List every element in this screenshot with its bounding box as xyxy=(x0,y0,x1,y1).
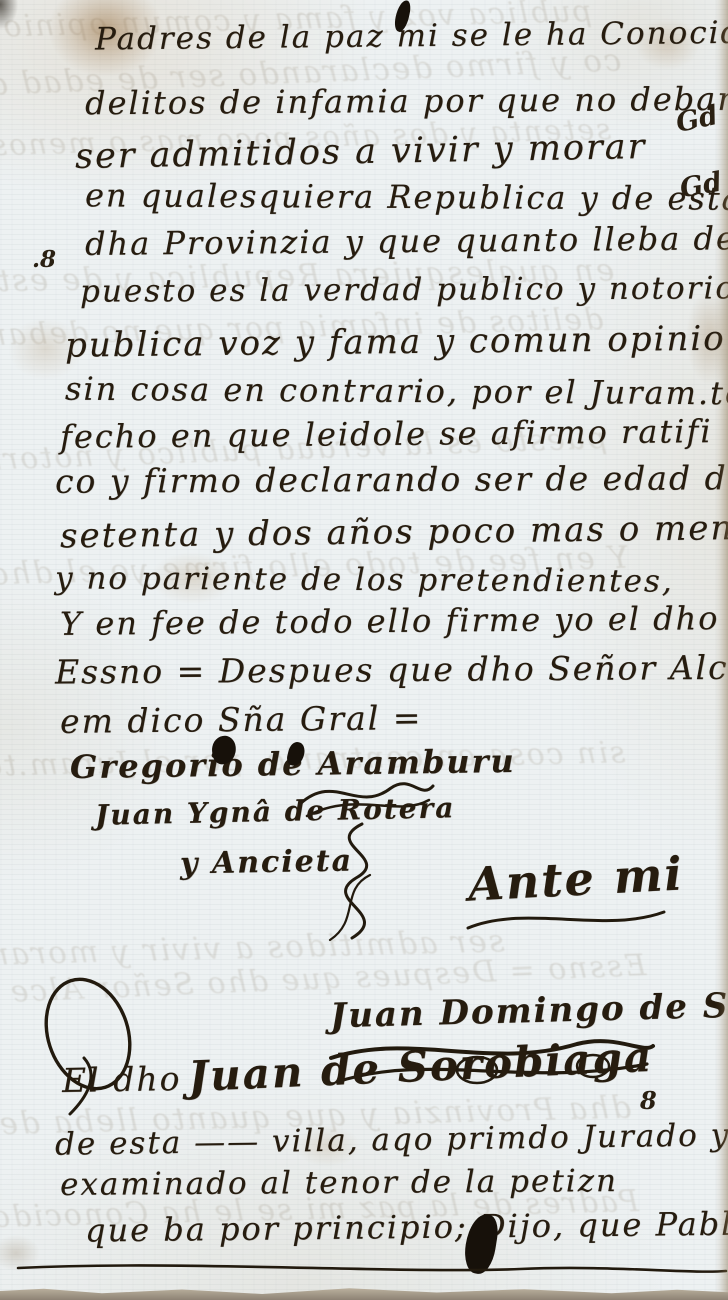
manuscript-line: publica voz y fama y comun opinion xyxy=(65,318,728,365)
page-edge-bottom-torn xyxy=(0,1285,728,1300)
manuscript-page: publica voz y fama y comun opinion co y … xyxy=(0,0,728,1300)
rubric-flourish xyxy=(300,820,410,950)
manuscript-line: fecho en que leidole se afirmo ratifi xyxy=(60,412,713,456)
signature-y-ancieta: y Ancieta xyxy=(180,843,354,881)
manuscript-line: setenta y dos años poco mas o menos xyxy=(60,508,728,557)
manuscript-line: y no pariente de los pretendientes, xyxy=(55,560,674,599)
manuscript-line: en qualesquiera Republica y de esta xyxy=(85,176,728,217)
margin-abbreviation-mark: .8 xyxy=(32,246,56,273)
manuscript-line: delitos de infamia por que no deban xyxy=(85,80,728,123)
stain xyxy=(0,1235,40,1271)
manuscript-line: dha Provinzia y que quanto lleba de- xyxy=(85,219,728,263)
manuscript-line: puesto es la verdad publico y notorio xyxy=(80,270,728,309)
manuscript-line: Padres de la paz mi se le ha Conocido xyxy=(95,15,728,58)
signature-juan-ygnacio-de-rotera: Juan Ygnâ de Rotera xyxy=(95,791,456,832)
manuscript-line: ser admitidos a vivir y morar xyxy=(75,127,647,177)
manuscript-line: Essno = Despues que dho Señor Alce y xyxy=(55,647,728,691)
signature-gregorio-de-aramburu: Gregorio de Aramburu xyxy=(70,742,516,786)
manuscript-line: examinado al tenor de la petizn xyxy=(60,1163,618,1203)
closing-line-name: Juan de Sorobiaga xyxy=(187,1032,654,1101)
manuscript-line: co y firmo declarando ser de edad de xyxy=(55,458,728,501)
margin-abbreviation-mark: 8 xyxy=(640,1086,657,1115)
signature-ante-mi: Ante mi xyxy=(467,846,685,911)
manuscript-line: sin cosa en contrario, por el Juram.to xyxy=(65,370,728,413)
manuscript-line: Y en fee de todo ello firme yo el dho xyxy=(60,599,720,643)
foot-rule-line xyxy=(0,1252,728,1284)
manuscript-line: de esta —— villa, aqo primdo Jurado y xyxy=(55,1117,728,1162)
rubric-flourish xyxy=(462,908,672,942)
page-corner-mark xyxy=(0,0,34,44)
signature-juan-domingo-de-solas: Juan Domingo de Solas xyxy=(330,984,728,1037)
manuscript-line: em dico Sña Gral = xyxy=(60,698,423,741)
manuscript-line: que ba por principio; Dijo, que Pablo xyxy=(85,1204,728,1249)
closing-line-intro: El dho xyxy=(62,1059,182,1100)
bleed-through-text: ser admitidos a vivir y morar xyxy=(0,923,505,972)
